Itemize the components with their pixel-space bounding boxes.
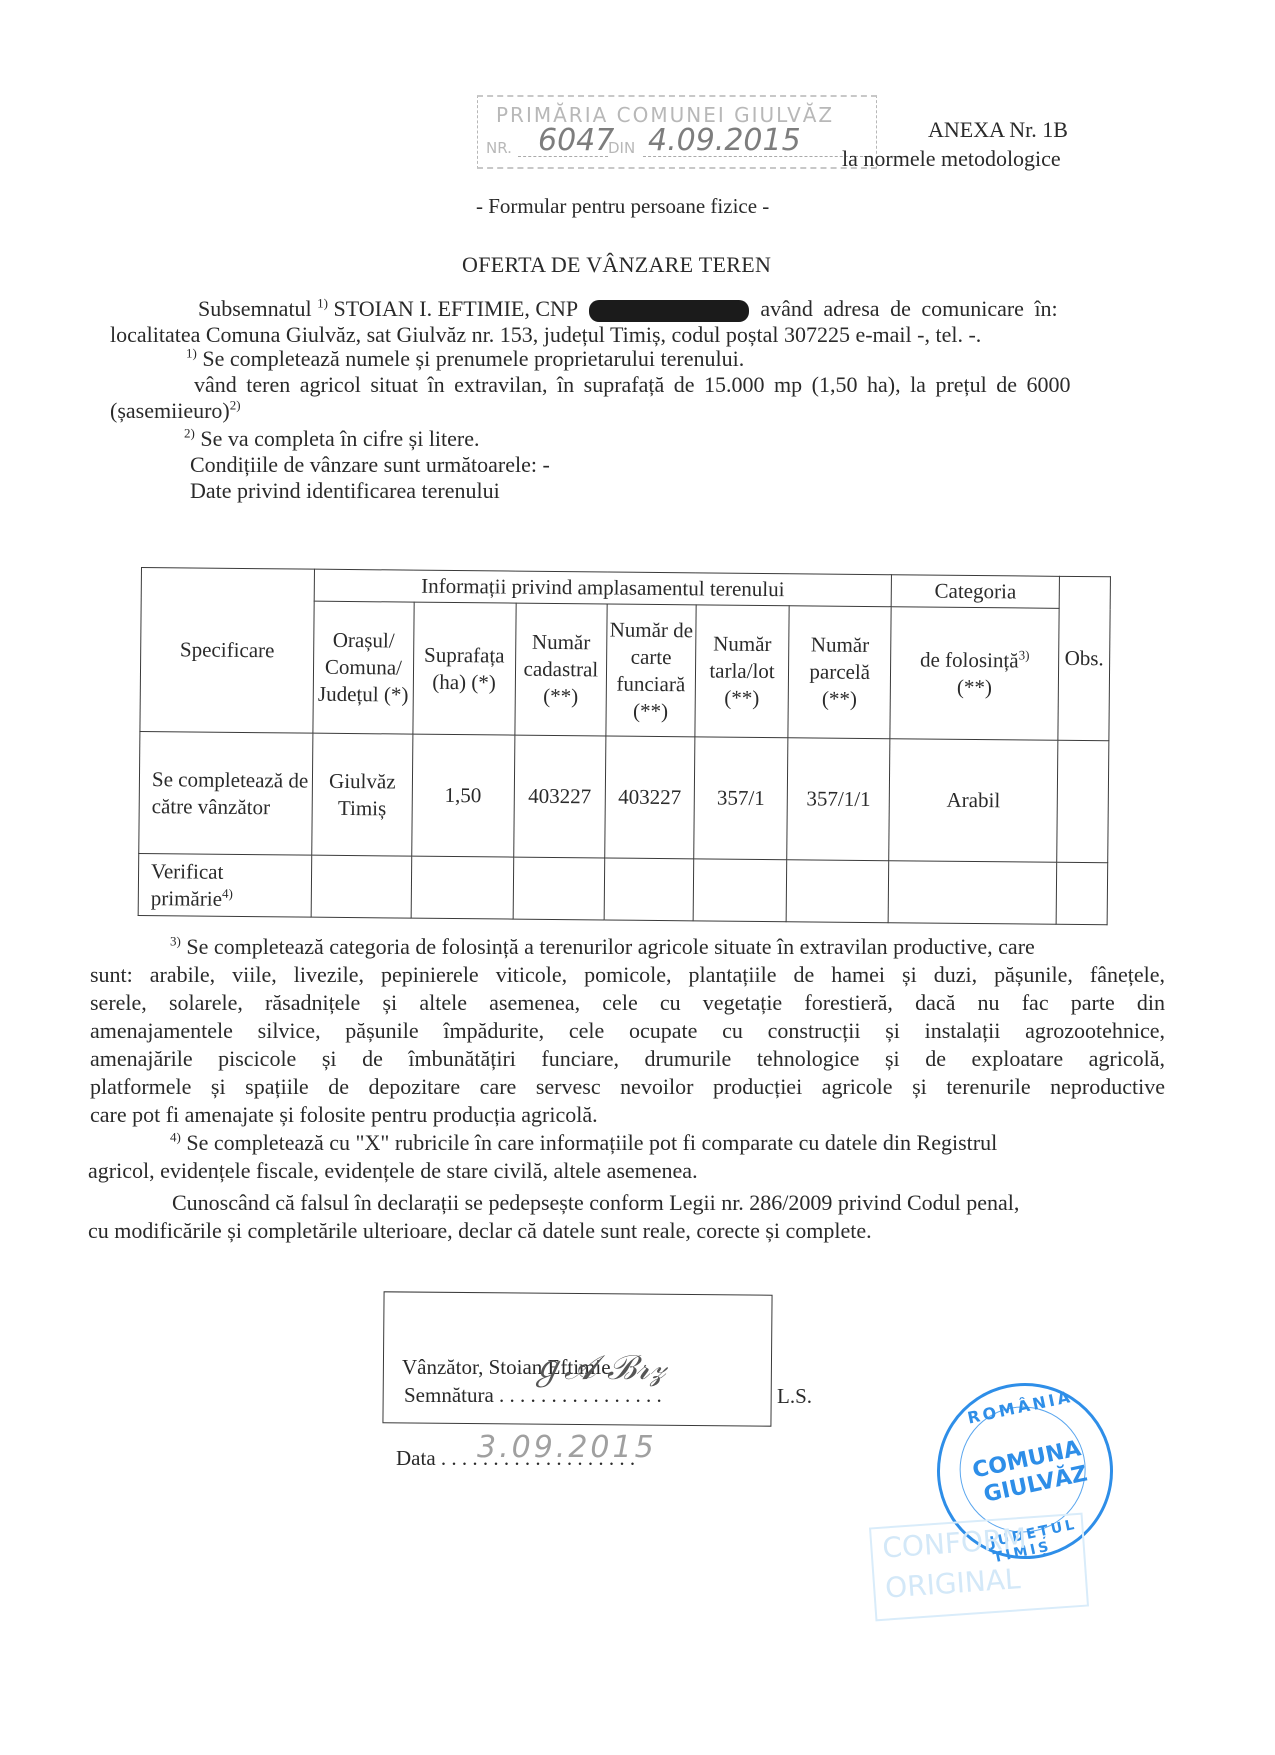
owner-name: STOIAN I. EFTIMIE, CNP <box>334 296 578 321</box>
footnote-1-marker: 1) <box>186 346 197 361</box>
document-title: OFERTA DE VÂNZARE TEREN <box>462 252 771 278</box>
owner-address: localitatea Comuna Giulvăz, sat Giulvăz … <box>110 322 981 348</box>
footnote-4-text: Se completează cu "X" rubricile în care … <box>186 1130 997 1155</box>
footnote-ref-3: 3) <box>1019 647 1030 662</box>
sale-paragraph-line2: (șasemiieuro)2) <box>110 398 241 424</box>
cell-obs <box>1056 862 1108 924</box>
conform-original-stamp: CONFORM ORIGINAL <box>869 1513 1089 1622</box>
table-row: Se completează de către vânzător Giulvăz… <box>139 731 1109 862</box>
address-intro: având adresa de comunicare în: <box>760 296 1057 321</box>
locus-sigilli: L.S. <box>777 1384 812 1409</box>
declaration-line-2: cu modificările și completările ulterioa… <box>88 1218 872 1244</box>
header-parcela: Număr parcelă (**) <box>788 606 891 739</box>
footnote-1: 1) Se completează numele și prenumele pr… <box>186 346 744 372</box>
header-folosinta-note: (**) <box>957 674 992 698</box>
footnote-3-line: serele, solarele, răsadnițele și altele … <box>90 990 1165 1016</box>
cell-tarla <box>693 859 787 922</box>
cell-tarla: 357/1 <box>693 737 788 860</box>
subsemnatul-label: Subsemnatul <box>198 296 312 321</box>
cell-cadastral <box>513 857 605 920</box>
header-cadastral: Număr cadastral (**) <box>514 603 607 736</box>
footnote-3-marker: 3) <box>170 934 181 949</box>
footnote-2-text: Se va completa în cifre și litere. <box>200 426 479 451</box>
registration-date-value: 4.09.2015 <box>648 123 801 158</box>
registration-stamp: PRIMĂRIA COMUNEI GIULVĂZ NR. 6047 DIN 4.… <box>477 95 877 169</box>
handwritten-signature: ℊ𝒜 ℬ𝓇𝓏 <box>530 1340 666 1389</box>
owner-paragraph-line1: Subsemnatul 1) STOIAN I. EFTIMIE, CNP av… <box>198 296 1058 322</box>
header-specificare: Specificare <box>140 568 315 734</box>
form-type: - Formular pentru persoane fizice - <box>476 194 769 219</box>
registration-number-value: 6047 <box>538 123 614 158</box>
row-label-primarie-text: Verificat primărie <box>151 859 224 911</box>
footnote-4-line: agricol, evidențele fiscale, evidențele … <box>88 1158 698 1184</box>
header-suprafata: Suprafața (ha) (*) <box>413 602 516 735</box>
footnote-3-line: care pot fi amenajate și folosite pentru… <box>90 1102 598 1128</box>
footnote-ref-1: 1) <box>317 296 328 311</box>
footnote-3-text: Se completează categoria de folosință a … <box>186 934 1034 959</box>
footnote-3-line: amenajările piscicole și de îmbunătățiri… <box>90 1046 1165 1072</box>
land-identification-heading: Date privind identificarea terenului <box>190 478 500 504</box>
header-tarla: Număr tarla/lot (**) <box>695 605 790 738</box>
row-label-vanzator: Se completează de către vânzător <box>139 731 313 855</box>
annex-label: ANEXA Nr. 1B <box>928 117 1068 143</box>
cell-categoria: Arabil <box>889 739 1058 863</box>
redacted-cnp <box>589 300 749 322</box>
row-label-primarie: Verificat primărie4) <box>138 853 312 917</box>
cell-oras <box>311 855 411 918</box>
declaration-line-1: Cunoscând că falsul în declarații se ped… <box>172 1190 1019 1216</box>
footnote-4-marker: 4) <box>170 1130 181 1145</box>
header-folosinta-label: de folosință <box>920 647 1019 672</box>
header-obs: Obs. <box>1058 576 1111 740</box>
cell-parcela <box>786 860 888 923</box>
footnote-3-line: platformele și spațiile de depozitare ca… <box>90 1074 1165 1100</box>
cell-categoria <box>888 861 1057 925</box>
handwritten-date: 3.09.2015 <box>477 1430 657 1465</box>
cell-suprafata: 1,50 <box>412 734 515 857</box>
price-in-words: (șasemiieuro) <box>110 398 230 423</box>
footnote-2: 2) Se va completa în cifre și litere. <box>184 426 480 452</box>
cell-oras: Giulvăz Timiș <box>312 733 413 856</box>
cell-carte-funciara: 403227 <box>605 736 695 859</box>
table-row: Verificat primărie4) <box>138 853 1108 924</box>
land-identification-table: Specificare Informații privind amplasame… <box>138 567 1111 925</box>
cell-parcela: 357/1/1 <box>787 738 890 861</box>
cell-obs <box>1057 740 1109 862</box>
header-carte-funciara: Număr de carte funciară (**) <box>606 604 696 737</box>
sale-conditions: Condițiile de vânzare sunt următoarele: … <box>190 452 550 478</box>
footnote-ref-2: 2) <box>230 398 241 413</box>
footnote-3-line: sunt: arabile, viile, livezile, pepinier… <box>90 962 1165 988</box>
registration-date-label: DIN <box>608 139 635 157</box>
footnote-4-line: 4) Se completează cu "X" rubricile în ca… <box>170 1130 997 1156</box>
cell-suprafata <box>411 856 513 919</box>
footnote-1-text: Se completează numele și prenumele propr… <box>202 346 744 371</box>
footnote-3-line: amenajamentele silvice, pășunile împădur… <box>90 1018 1165 1044</box>
annex-subtitle: la normele metodologice <box>842 146 1061 172</box>
header-folosinta: de folosință3) (**) <box>890 607 1059 741</box>
cell-cadastral: 403227 <box>513 735 606 858</box>
header-categoria-group: Categoria <box>891 575 1059 609</box>
footnote-3-line: 3) Se completează categoria de folosință… <box>170 934 1035 960</box>
footnote-ref-4: 4) <box>222 885 233 900</box>
header-oras: Orașul/ Comuna/ Județul (*) <box>313 601 414 734</box>
sale-paragraph-line1: vând teren agricol situat în extravilan,… <box>194 372 1071 398</box>
registration-number-label: NR. <box>486 139 512 157</box>
footnote-2-marker: 2) <box>184 426 195 441</box>
table-header-row-1: Specificare Informații privind amplasame… <box>141 568 1110 609</box>
cell-carte-funciara <box>604 858 693 921</box>
